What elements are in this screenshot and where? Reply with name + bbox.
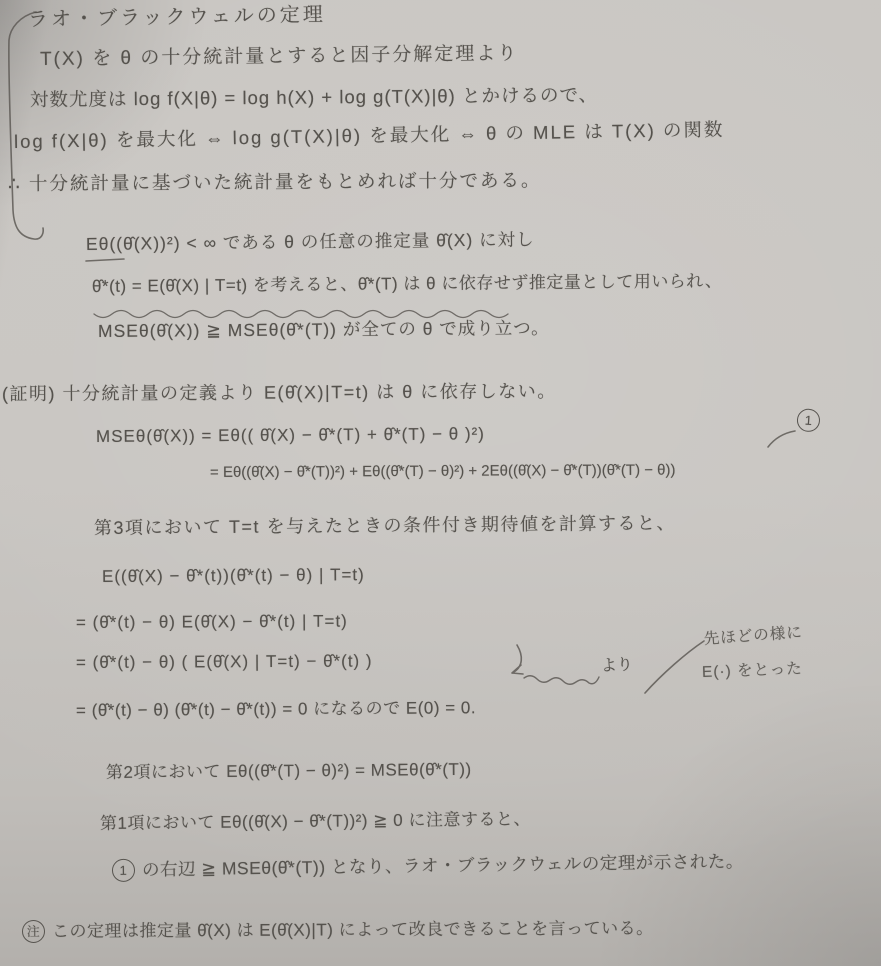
wavy-underline [94, 311, 508, 318]
proof-line-third-term-intro: 第3項において T=t を与えたときの条件付き期待値を計算すると、 [94, 512, 676, 540]
notebook-page-photo: ラオ・ブラックウェルの定理 T(X) を θ の十分統計量とすると因子分解定理よ… [0, 0, 881, 966]
margin-yori-label: より [600, 655, 633, 677]
proof-line-mse-expansion: MSEθ(θ̂(X)) = Eθ(( θ̂(X) − θ̂*(T) + θ̂*(… [96, 423, 485, 447]
footnote-line: 注 この定理は推定量 θ̂(X) は E(θ̂(X)|T) によって改良できるこ… [22, 917, 654, 943]
equation-ref-1-badge: 1 [796, 408, 821, 433]
note-line-maximization-equivalence: log f(X|θ) を最大化 ⇔ log g(T(X)|θ) を最大化 ⇔ θ… [14, 118, 725, 154]
note-line-sufficiency-setup: T(X) を θ の十分統計量とすると因子分解定理より [40, 42, 519, 72]
note-line-estimator-condition: Eθ((θ̂(X))²) < ∞ である θ の任意の推定量 θ̂(X) に対し [86, 229, 535, 256]
proof-line-start: (証明) 十分統計量の定義より E(θ̂(X)|T=t) は θ に依存しない。 [2, 380, 557, 405]
insertion-hook [512, 645, 523, 674]
proof-line-second-term: 第2項において Eθ((θ̂*(T) − θ)²) = MSEθ(θ̂*(T)) [106, 759, 472, 783]
margin-side-note-line1: 先ほどの様に [703, 623, 803, 649]
margin-bracket-arrow [9, 12, 43, 239]
proof-line-factor-out: = (θ̂*(t) − θ) E(θ̂(X) − θ̂*(t) | T=t) [76, 611, 348, 634]
proof-line-first-term: 第1項において Eθ((θ̂(X) − θ̂*(T))²) ≧ 0 に注意すると… [100, 808, 531, 834]
margin-side-note-line2: E(·) をとった [702, 659, 803, 682]
underline-E-theta [86, 259, 124, 261]
proof-line-substitute: = (θ̂*(t) − θ) ( E(θ̂(X) | T=t) − θ̂*(t)… [76, 650, 373, 673]
eq-ref-arrow [768, 431, 795, 447]
proof-line-three-terms: = Eθ((θ̂(X) − θ̂*(T))²) + Eθ((θ̂*(T) − θ… [210, 462, 676, 483]
proof-conclusion-line: 1 の右辺 ≧ MSEθ(θ̂*(T)) となり、ラオ・ブラックウェルの定理が示… [112, 850, 744, 882]
squiggle-mark [524, 676, 599, 685]
note-line-log-likelihood: 対数尤度は log f(X|θ) = log h(X) + log g(T(X)… [30, 83, 598, 111]
proof-conclusion-text: の右辺 ≧ MSEθ(θ̂*(T)) となり、ラオ・ブラックウェルの定理が示され… [142, 851, 744, 881]
note-line-therefore-sufficient: ∴ 十分統計量に基づいた統計量をもとめれば十分である。 [8, 168, 542, 195]
equation-ref-1-circle: 1 [796, 408, 821, 433]
note-mark-circle: 注 [22, 920, 45, 943]
proof-line-zero-result: = (θ̂*(t) − θ) (θ̂*(t) − θ̂*(t)) = 0 になる… [76, 697, 476, 721]
note-line-conditional-estimator: θ̂*(t) = E(θ̂(X) | T=t) を考えると、θ̂*(T) は θ… [92, 270, 722, 297]
equation-ref-circle: 1 [112, 859, 135, 882]
note-line-mse-inequality: MSEθ(θ̂(X)) ≧ MSEθ(θ̂*(T)) が全ての θ で成り立つ。 [98, 318, 550, 343]
footnote-text: この定理は推定量 θ̂(X) は E(θ̂(X)|T) によって改良できることを… [52, 918, 654, 942]
proof-line-conditional-expectation: E((θ̂(X) − θ̂*(t))(θ̂*(t) − θ) | T=t) [102, 564, 365, 587]
note-title: ラオ・ブラックウェルの定理 [28, 3, 326, 33]
check-slash [645, 641, 704, 693]
